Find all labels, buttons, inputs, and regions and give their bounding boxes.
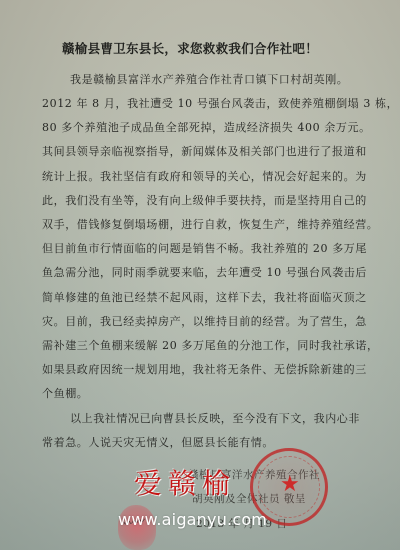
letter-line: 灾。目前，我已经卖掉房产，以维持目前的经营。为了营生，急 [42, 313, 360, 329]
letter-photo: 赣榆县曹卫东县长，求您救救我们合作社吧！ 我是赣榆县富洋水产养殖合作社青口镇下口… [0, 0, 400, 550]
letter-line: 2012 年 8 月，我社遭受 10 号强台风袭击，致使养殖棚倒塌 3 栋， [42, 95, 360, 111]
letter-line: 80 多个养殖池子成品鱼全部死掉，造成经济损失 400 余万元。 [42, 119, 360, 135]
watermark-site-name: 爱赣榆 [134, 462, 236, 502]
letter-line: 但目前鱼市行情面临的问题是销售不畅。我社养殖的 20 多万尾 [42, 240, 360, 256]
letter-line: 此，我们没有坐等，没有向上级伸手要扶持，而是坚持用自己的 [42, 192, 360, 208]
letter-line: 个鱼棚。 [42, 385, 360, 401]
letter-line: 如果县政府因统一规划用地，我社将无条件、无偿拆除新建的三 [42, 361, 360, 377]
letter-line: 双手，借钱修复倒塌场棚，进行自救，恢复生产，维持养殖经营。 [42, 216, 360, 232]
letter-line: 需补建三个鱼棚来缓解 20 多万尾鱼的分池工作，同时我社承诺， [42, 337, 360, 353]
letter-line: 我是赣榆县富洋水产养殖合作社青口镇下口村胡英刚。 [70, 71, 388, 87]
letter-line: 鱼急需分池，同时雨季就要来临，去年遭受 10 号强台风袭击后 [42, 264, 360, 280]
letter-line: 简单修建的鱼池已经禁不起风雨，这样下去，我社将面临灭顶之 [42, 289, 360, 305]
letter-title: 赣榆县曹卫东县长，求您救救我们合作社吧！ [62, 39, 362, 57]
star-icon: ★ [280, 472, 300, 497]
watermark-url: www.aiganyu.com [118, 510, 267, 529]
letter-line: 常着急。人说天灾无情义，但愿县长能有情。 [42, 434, 360, 450]
letter-line: 其间县领导亲临视察指导，新闻媒体及相关部门也进行了报道和 [42, 143, 360, 159]
letter-line: 以上我社情况已向曹县长反映，至今没有下文，我内心非 [70, 410, 388, 426]
letter-line: 统计上报。我社坚信有政府和领导的关心，情况会好起来的。为 [42, 168, 360, 184]
